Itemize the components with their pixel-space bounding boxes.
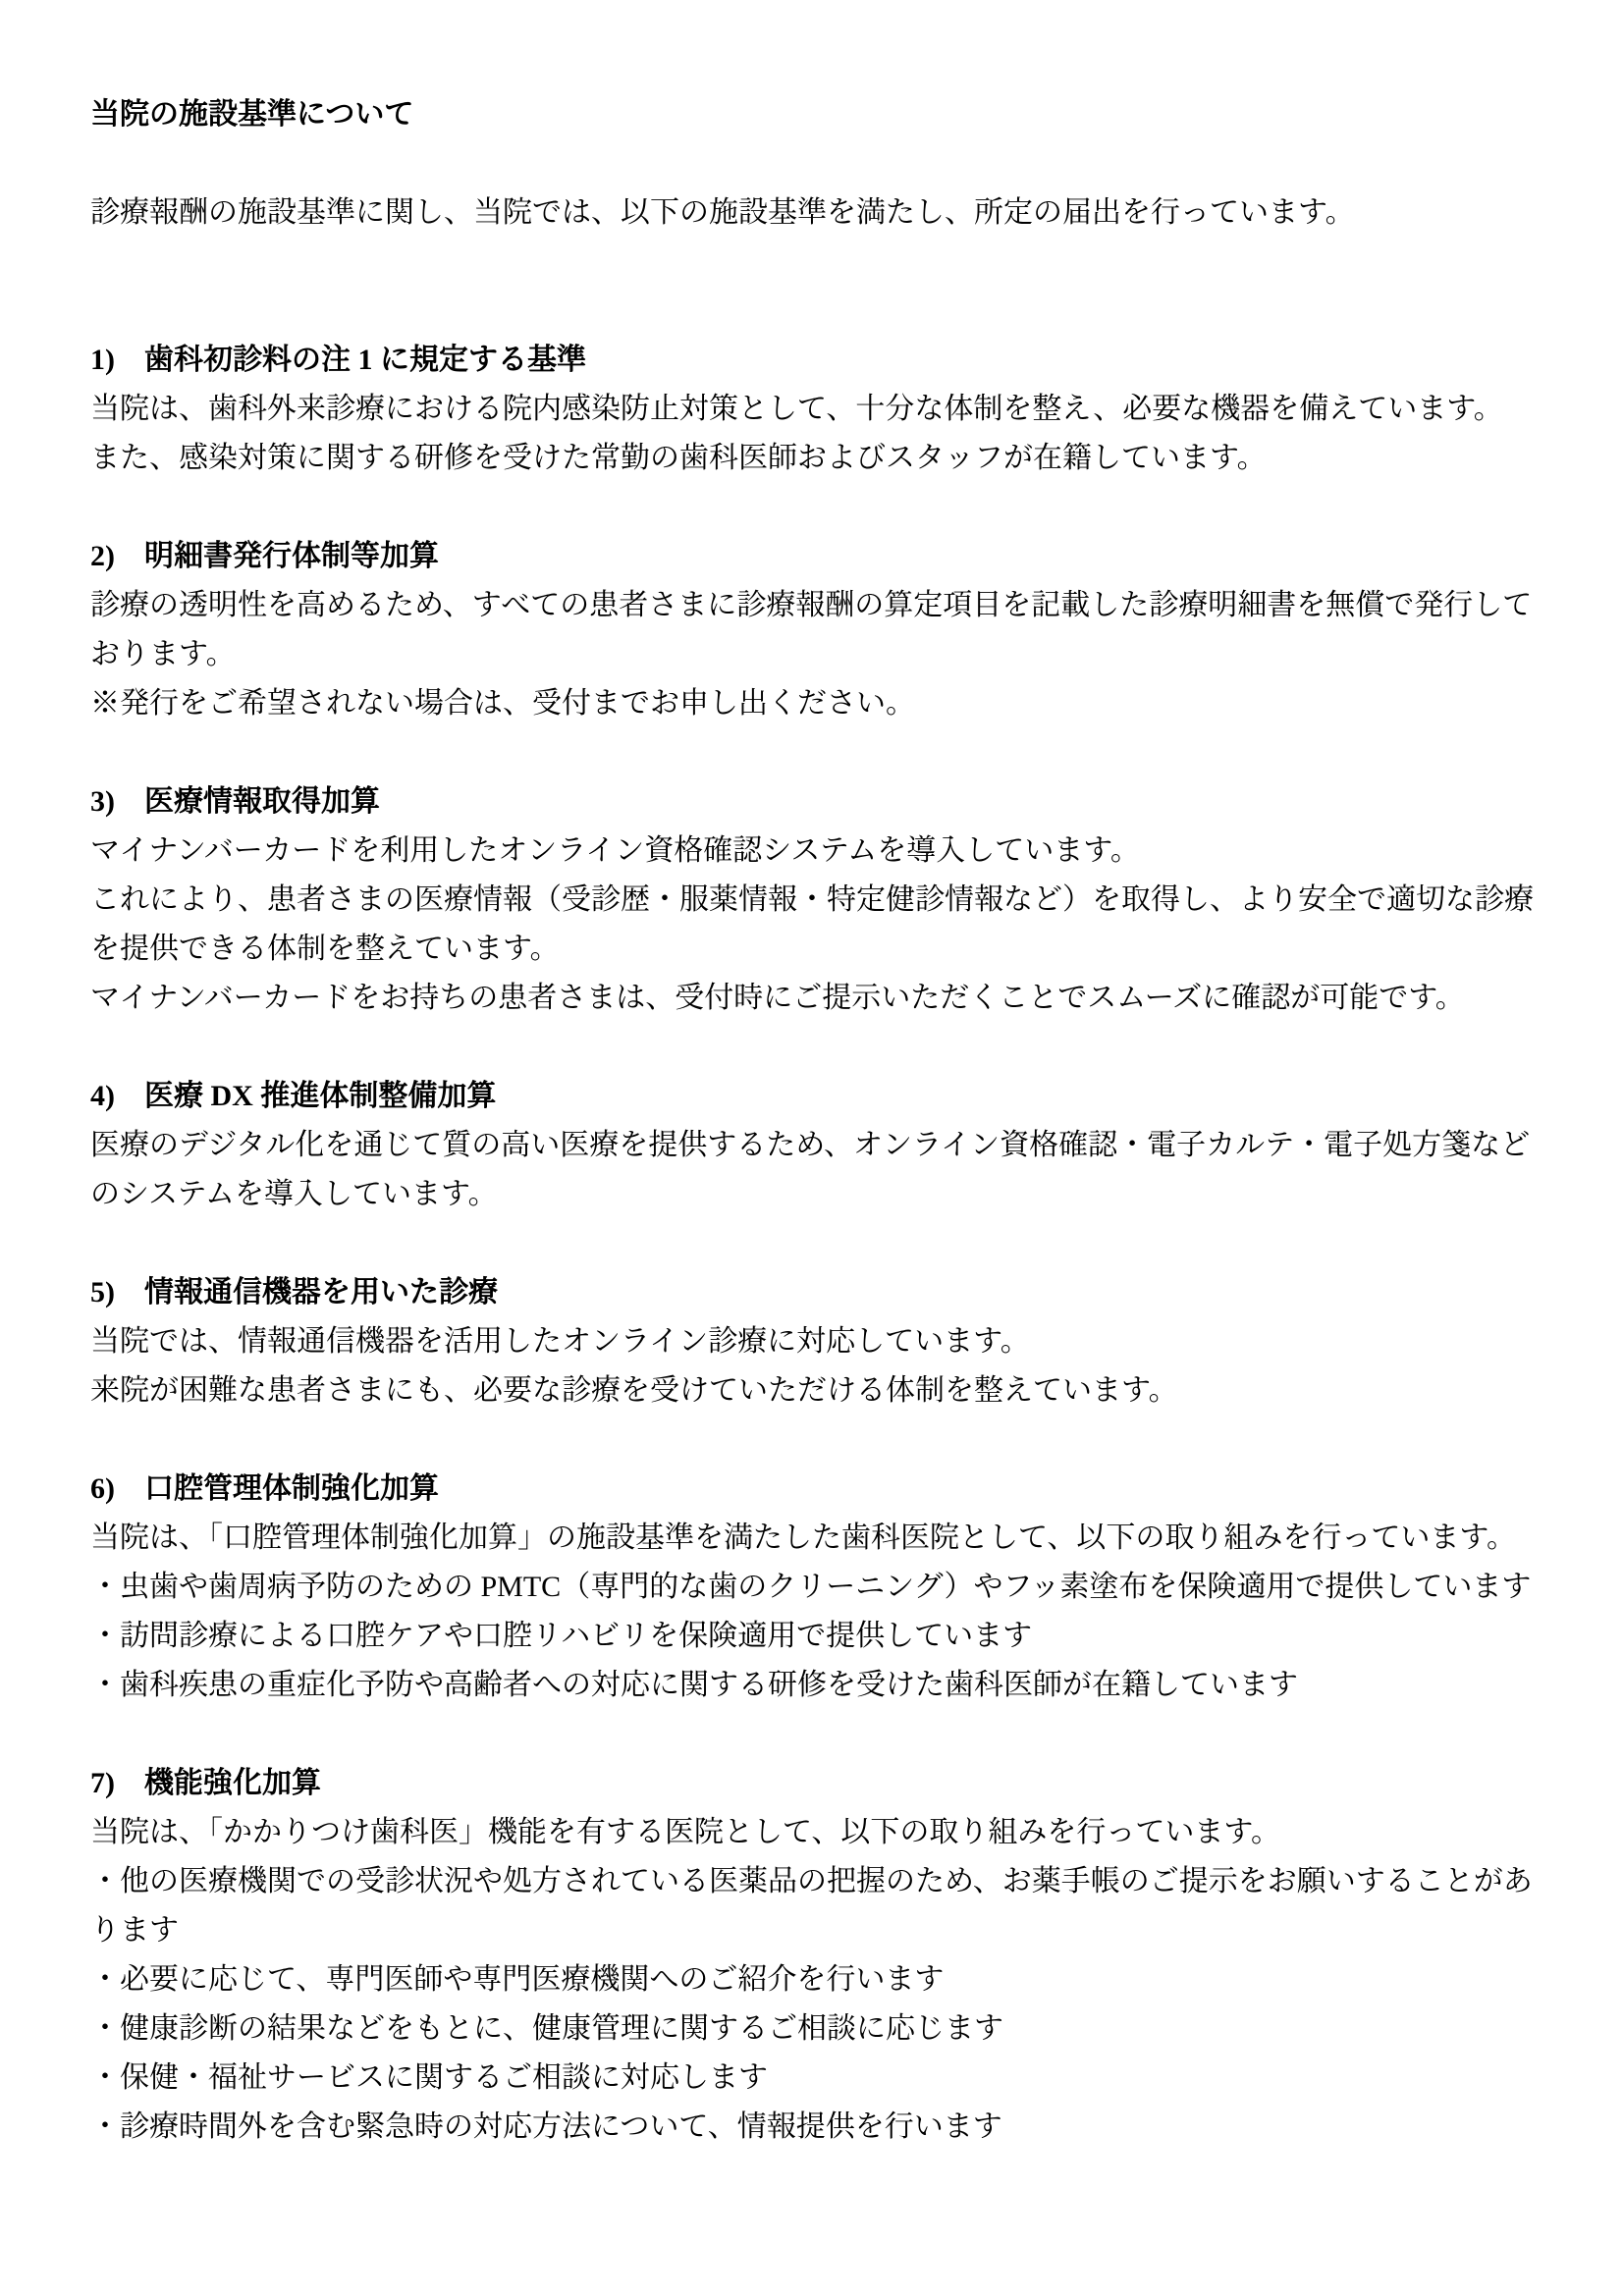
text-line: ・他の医療機関での受診状況や処方されている医薬品の把握のため、お薬手帳のご提示を… <box>90 1857 1537 1906</box>
text-line: また、感染対策に関する研修を受けた常勤の歯科医師およびスタッフが在籍しています。 <box>90 434 1537 483</box>
section-heading: 5) 情報通信機器を用いた診療 <box>90 1268 1537 1317</box>
text-line: ・診療時間外を含む緊急時の対応方法について、情報提供を行います <box>90 2103 1537 2152</box>
text-line: ・健康診断の結果などをもとに、健康管理に関するご相談に応じます <box>90 2004 1537 2054</box>
text-line: マイナンバーカードをお持ちの患者さまは、受付時にご提示いただくことでスムーズに確… <box>90 974 1537 1023</box>
text-line: 診療の透明性を高めるため、すべての患者さまに診療報酬の算定項目を記載した診療明細… <box>90 581 1537 630</box>
text-line: ・保健・福祉サービスに関するご相談に対応します <box>90 2054 1537 2103</box>
intro-paragraph: 診療報酬の施設基準に関し、当院では、以下の施設基準を満たし、所定の届出を行ってい… <box>90 188 1537 238</box>
text-line: 当院は、「口腔管理体制強化加算」の施設基準を満たした歯科医院として、以下の取り組… <box>90 1514 1537 1563</box>
text-line: ※発行をご希望されない場合は、受付までお申し出ください。 <box>90 679 1537 728</box>
section-heading: 7) 機能強化加算 <box>90 1759 1537 1808</box>
section-function-enhancement: 7) 機能強化加算 当院は、「かかりつけ歯科医」機能を有する医院として、以下の取… <box>90 1759 1537 2152</box>
text-line: これにより、患者さまの医療情報（受診歴・服薬情報・特定健診情報など）を取得し、よ… <box>90 876 1537 925</box>
text-line: ・必要に応じて、専門医師や専門医療機関へのご紹介を行います <box>90 1955 1537 2004</box>
section-heading: 3) 医療情報取得加算 <box>90 777 1537 827</box>
section-medical-info-acquisition: 3) 医療情報取得加算 マイナンバーカードを利用したオンライン資格確認システムを… <box>90 777 1537 1023</box>
text-line: 来院が困難な患者さまにも、必要な診療を受けていただける体制を整えています。 <box>90 1366 1537 1415</box>
text-line: のシステムを導入しています。 <box>90 1170 1537 1219</box>
section-itemized-statement: 2) 明細書発行体制等加算 診療の透明性を高めるため、すべての患者さまに診療報酬… <box>90 532 1537 728</box>
text-line: ・訪問診療による口腔ケアや口腔リハビリを保険適用で提供しています <box>90 1612 1537 1661</box>
text-line: 当院では、情報通信機器を活用したオンライン診療に対応しています。 <box>90 1317 1537 1366</box>
text-line: マイナンバーカードを利用したオンライン資格確認システムを導入しています。 <box>90 827 1537 876</box>
section-medical-dx: 4) 医療 DX 推進体制整備加算 医療のデジタル化を通じて質の高い医療を提供す… <box>90 1072 1537 1219</box>
section-heading: 6) 口腔管理体制強化加算 <box>90 1465 1537 1514</box>
text-line: おります。 <box>90 630 1537 679</box>
text-line: ・虫歯や歯周病予防のための PMTC（専門的な歯のクリーニング）やフッ素塗布を保… <box>90 1563 1537 1612</box>
text-line: 当院は、歯科外来診療における院内感染防止対策として、十分な体制を整え、必要な機器… <box>90 385 1537 434</box>
page-title: 当院の施設基準について <box>90 90 1537 139</box>
text-line: ・歯科疾患の重症化予防や高齢者への対応に関する研修を受けた歯科医師が在籍していま… <box>90 1661 1537 1710</box>
text-line: 医療のデジタル化を通じて質の高い医療を提供するため、オンライン資格確認・電子カル… <box>90 1121 1537 1170</box>
section-oral-management: 6) 口腔管理体制強化加算 当院は、「口腔管理体制強化加算」の施設基準を満たした… <box>90 1465 1537 1710</box>
section-heading: 2) 明細書発行体制等加算 <box>90 532 1537 581</box>
text-line: 当院は、「かかりつけ歯科医」機能を有する医院として、以下の取り組みを行っています… <box>90 1808 1537 1857</box>
text-line: を提供できる体制を整えています。 <box>90 925 1537 974</box>
text-line: ります <box>90 1906 1537 1955</box>
section-heading: 4) 医療 DX 推進体制整備加算 <box>90 1072 1537 1121</box>
section-dental-first-visit: 1) 歯科初診料の注 1 に規定する基準 当院は、歯科外来診療における院内感染防… <box>90 336 1537 483</box>
section-heading: 1) 歯科初診料の注 1 に規定する基準 <box>90 336 1537 385</box>
document-page: 当院の施設基準について 診療報酬の施設基準に関し、当院では、以下の施設基準を満た… <box>0 0 1623 2296</box>
section-online-consultation: 5) 情報通信機器を用いた診療 当院では、情報通信機器を活用したオンライン診療に… <box>90 1268 1537 1415</box>
